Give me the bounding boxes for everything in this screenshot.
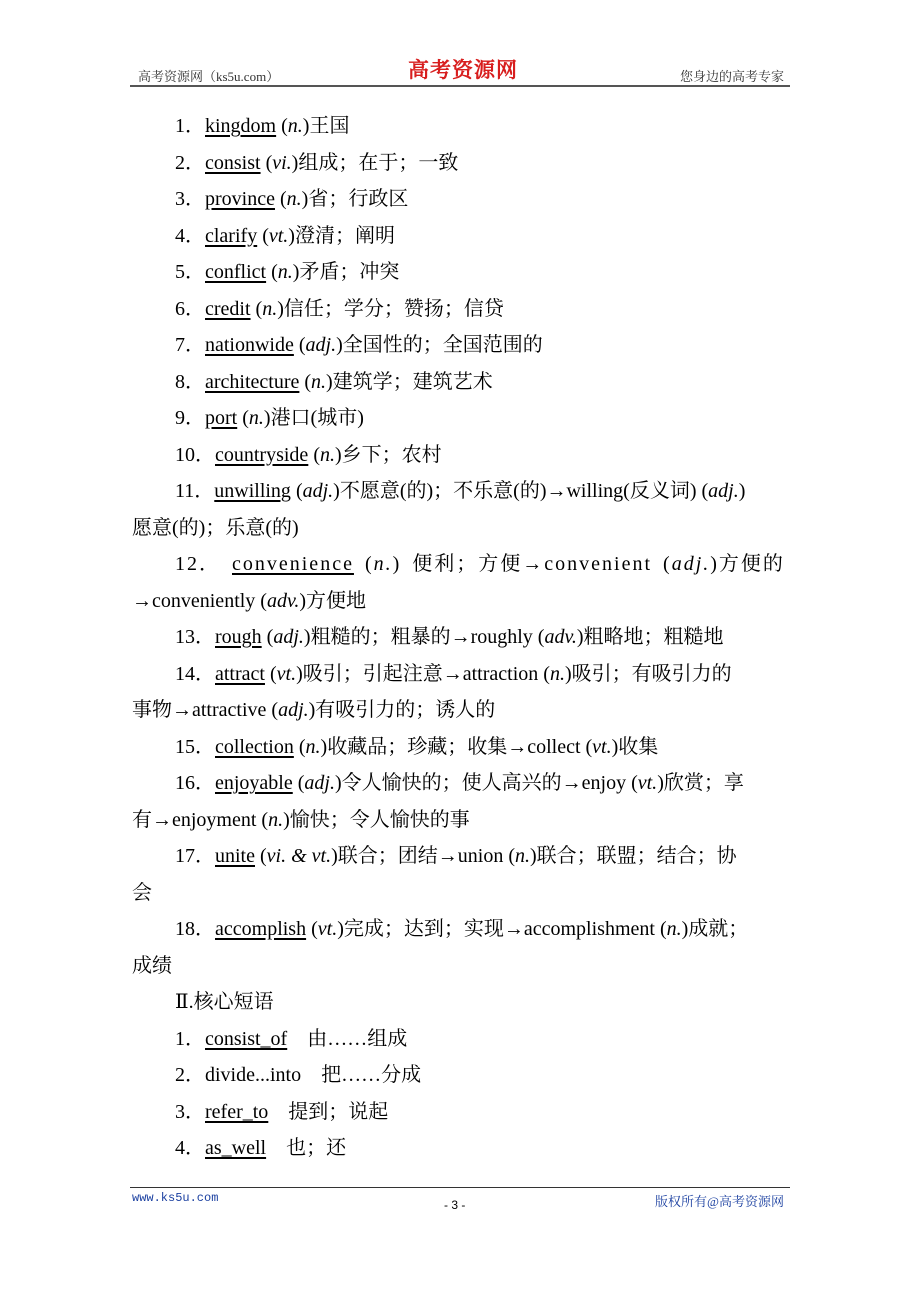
vocab-item: 3．province (n.)省；行政区: [175, 181, 408, 217]
vocab-item: 4．clarify (vt.)澄清；阐明: [175, 218, 395, 254]
header-logo: 高考资源网: [408, 54, 518, 84]
footer-website-link[interactable]: www.ks5u.com: [132, 1191, 218, 1205]
vocab-item: 5．conflict (n.)矛盾；冲突: [175, 254, 399, 290]
vocab-item: 2．consist (vi.)组成；在于；一致: [175, 145, 458, 181]
vocab-item: 7．nationwide (adj.)全国性的；全国范围的: [175, 327, 543, 363]
vocab-item: 12． convenience (n.) 便利；方便→convenient (a…: [175, 546, 785, 582]
section-heading: Ⅱ.核心短语: [175, 984, 274, 1020]
phrase-item: 1．consist_of 由……组成: [175, 1021, 407, 1057]
vocab-item: 16．enjoyable (adj.)令人愉快的；使人高兴的→enjoy (vt…: [175, 765, 744, 801]
page-header: 高考资源网（ks5u.com） 高考资源网 您身边的高考专家: [130, 52, 790, 86]
vocab-item: 14．attract (vt.)吸引；引起注意→attraction (n.)吸…: [175, 656, 732, 692]
header-divider: [130, 85, 790, 87]
vocab-item-continuation: →conveniently (adv.)方便地: [132, 583, 366, 619]
phrase-item: 2．divide...into 把……分成: [175, 1057, 421, 1093]
phrase-item: 3．refer_to 提到；说起: [175, 1094, 388, 1130]
vocab-item: 13．rough (adj.)粗糙的；粗暴的→roughly (adv.)粗略地…: [175, 619, 724, 655]
vocab-item: 15．collection (n.)收藏品；珍藏；收集→collect (vt.…: [175, 729, 658, 765]
vocab-item: 9．port (n.)港口(城市): [175, 400, 364, 436]
vocab-item: 11．unwilling (adj.)不愿意(的)；不乐意(的)→willing…: [175, 473, 745, 509]
vocab-item: 18．accomplish (vt.)完成；达到；实现→accomplishme…: [175, 911, 748, 947]
phrase-item: 4．as_well 也；还: [175, 1130, 346, 1166]
vocab-item: 17．unite (vi. & vt.)联合；团结→union (n.)联合；联…: [175, 838, 737, 874]
header-site-name: 高考资源网（ks5u.com）: [138, 66, 279, 85]
vocab-item-continuation: 有→enjoyment (n.)愉快；令人愉快的事: [132, 802, 470, 838]
vocab-item-continuation: 会: [132, 875, 152, 911]
vocab-item: 6．credit (n.)信任；学分；赞扬；信贷: [175, 291, 504, 327]
page-number: - 3 -: [444, 1198, 465, 1212]
vocab-item: 1．kingdom (n.)王国: [175, 108, 349, 144]
footer-divider: [130, 1187, 790, 1188]
vocab-item-continuation: 成绩: [132, 948, 172, 984]
vocab-item: 8．architecture (n.)建筑学；建筑艺术: [175, 364, 493, 400]
vocab-item-continuation: 事物→attractive (adj.)有吸引力的；诱人的: [132, 692, 495, 728]
footer-copyright: 版权所有@高考资源网: [655, 1191, 784, 1210]
header-slogan: 您身边的高考专家: [680, 66, 784, 85]
vocab-item: 10．countryside (n.)乡下；农村: [175, 437, 442, 473]
vocab-item-continuation: 愿意(的)；乐意(的): [132, 510, 299, 546]
